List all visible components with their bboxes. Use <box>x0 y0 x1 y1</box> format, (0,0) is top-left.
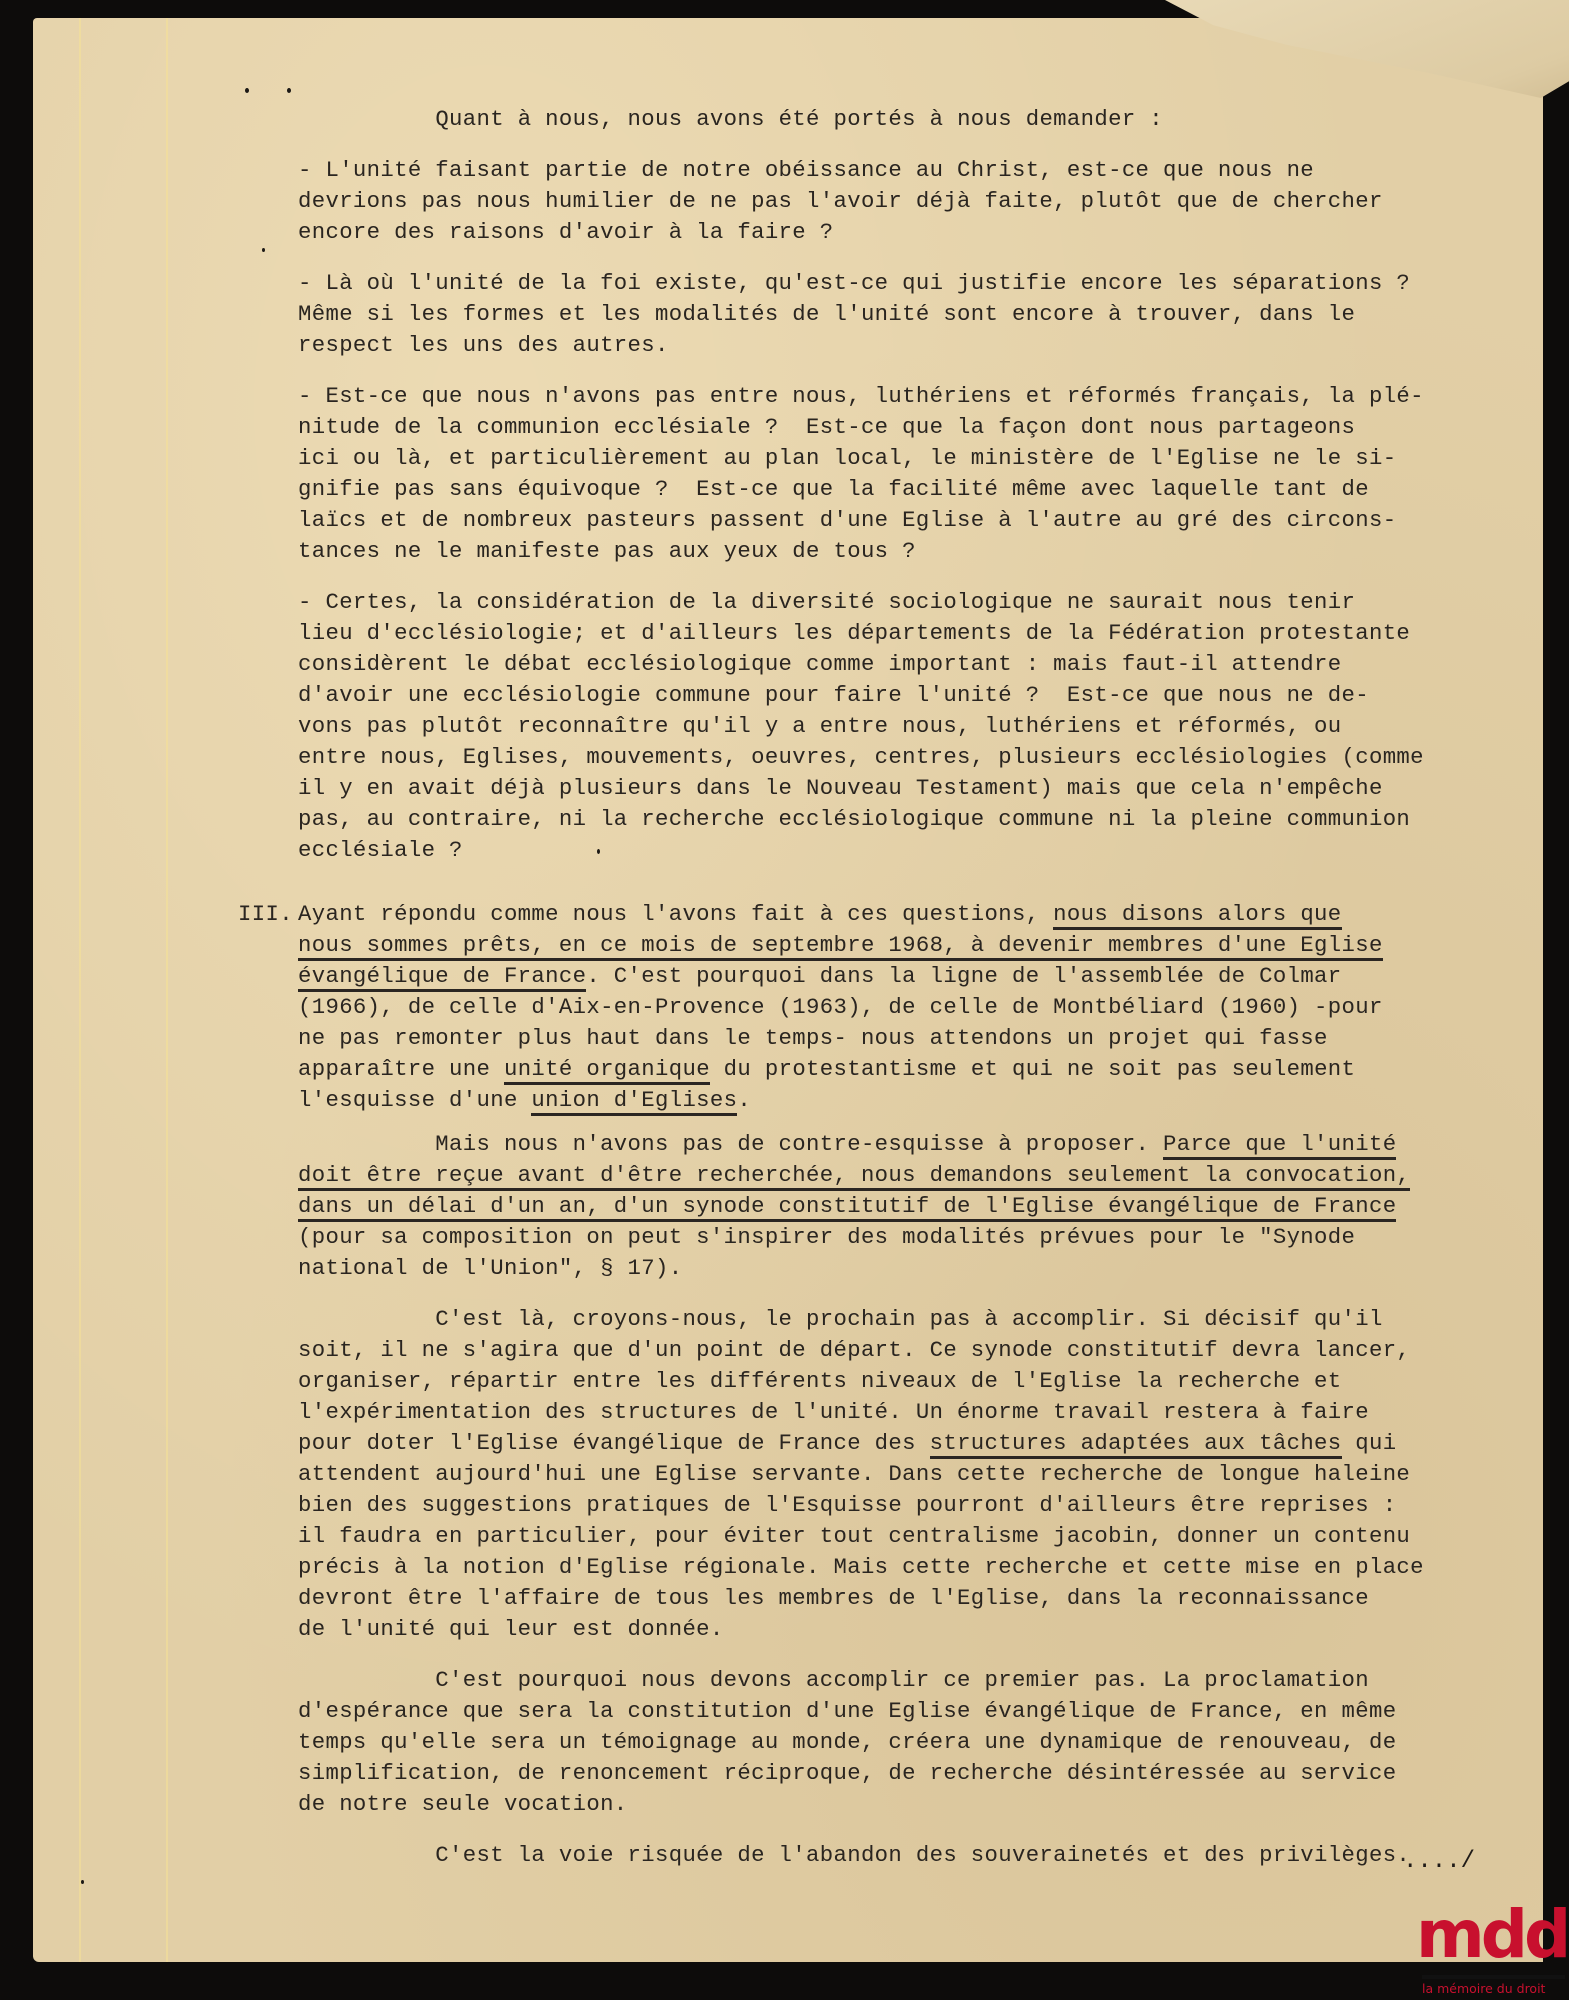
section-III-paragraph-1: Ayant répondu comme nous l'avons fait à … <box>298 899 1488 1116</box>
paper-fold-line <box>79 18 81 1962</box>
question-4: - Certes, la considération de la diversi… <box>298 587 1488 866</box>
underlined-text: dans un délai d'un an, d'un synode const… <box>298 1193 1396 1222</box>
logo-tagline: la mémoire du droit <box>1422 1981 1545 1996</box>
underlined-text: nous sommes prêts, en ce mois de septemb… <box>298 932 1383 961</box>
underlined-text: union d'Eglises <box>531 1087 737 1116</box>
section-number: III. <box>238 899 293 930</box>
section-III-paragraph-2: Mais nous n'avons pas de contre-esquisse… <box>298 1129 1488 1284</box>
watermark-logo: mdd la mémoire du droit <box>1410 1895 1569 2000</box>
logo-divider <box>1422 1975 1565 1979</box>
section-III: III. Ayant répondu comme nous l'avons fa… <box>298 899 1488 1871</box>
continuation-mark: ..../ <box>1403 1848 1475 1875</box>
question-1: - L'unité faisant partie de notre obéiss… <box>298 155 1488 248</box>
typed-text-body: Quant à nous, nous avons été portés à no… <box>298 104 1488 1871</box>
section-III-paragraph-4: C'est pourquoi nous devons accomplir ce … <box>298 1665 1488 1820</box>
section-III-paragraph-3: C'est là, croyons-nous, le prochain pas … <box>298 1304 1488 1645</box>
question-2: - Là où l'unité de la foi existe, qu'est… <box>298 268 1488 361</box>
question-3: - Est-ce que nous n'avons pas entre nous… <box>298 381 1488 567</box>
section-III-paragraph-5: C'est la voie risquée de l'abandon des s… <box>298 1840 1488 1871</box>
underlined-text: nous disons alors que <box>1053 901 1341 930</box>
underlined-text: structures adaptées aux tâches <box>930 1430 1342 1459</box>
underlined-text: Parce que l'unité <box>1163 1131 1396 1160</box>
underlined-text: unité organique <box>504 1056 710 1085</box>
intro-line: Quant à nous, nous avons été portés à no… <box>298 104 1488 135</box>
underlined-text: évangélique de France <box>298 963 586 992</box>
underlined-text: doit être reçue avant d'être recherchée,… <box>298 1162 1410 1191</box>
mdd-logo-icon: mdd <box>1416 1895 1567 1975</box>
paper-fold-line <box>166 18 168 1962</box>
